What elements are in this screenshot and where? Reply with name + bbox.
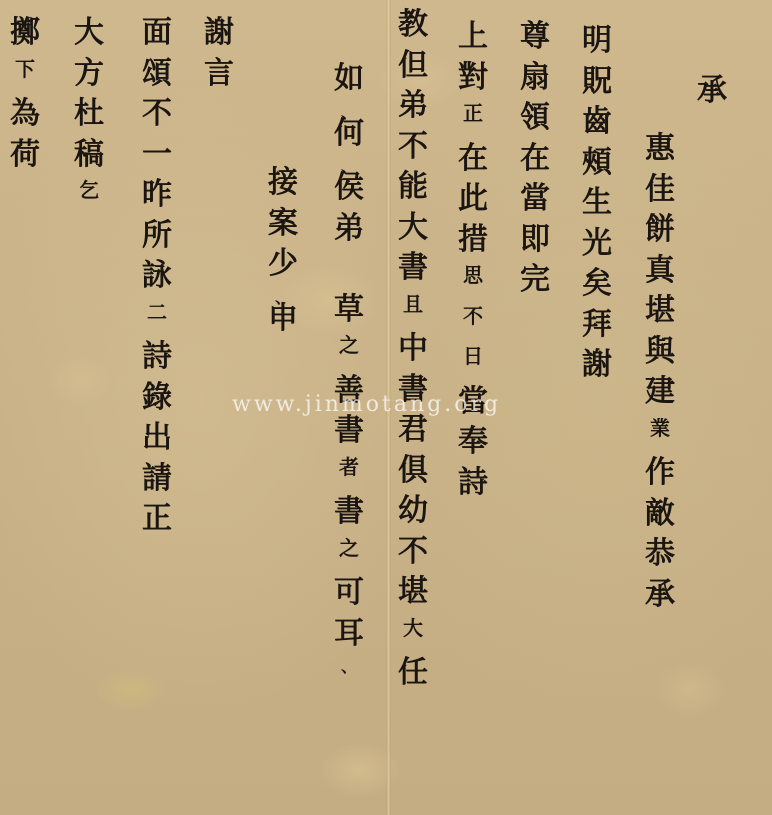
character: 何 — [334, 119, 364, 160]
column-4: 尊 扇 領 在 當 即 完 — [520, 22, 550, 306]
character: 擲 — [10, 18, 40, 59]
character: 光 — [582, 229, 612, 270]
character: 書 — [398, 253, 428, 294]
character: 不 — [398, 537, 428, 578]
character: 請 — [142, 464, 172, 505]
character: 書 — [334, 416, 364, 457]
watermark: www.jinmotang.org — [232, 392, 501, 417]
character: 惠 — [645, 134, 675, 175]
character: 措 — [458, 225, 488, 266]
character: 不 — [142, 99, 172, 140]
character: 思 — [463, 265, 483, 306]
character: 侯 — [334, 173, 364, 214]
character: 杜 — [74, 99, 104, 140]
character: 與 — [645, 337, 675, 378]
character: 能 — [398, 172, 428, 213]
character: 書 — [334, 497, 364, 538]
character: 弟 — [334, 214, 364, 255]
character: 大 — [403, 618, 423, 659]
character: 謝 — [582, 350, 612, 391]
column-9: 謝 言 — [204, 18, 234, 99]
character: 奉 — [458, 427, 488, 468]
character: 領 — [520, 103, 550, 144]
column-5: 上 對 正 在 此 措 思 不 日 當 奉 詩 — [458, 22, 488, 508]
column-1: 承 — [697, 76, 727, 117]
character: 齒 — [582, 107, 612, 148]
character: 謝 — [204, 18, 234, 59]
calligraphy-scroll: 承 惠 佳 餅 真 堪 與 建 業 作 敵 恭 承 明 貺 齒 頰 生 光 矣 … — [0, 0, 772, 815]
character: 恭 — [645, 539, 675, 580]
character: 對 — [458, 63, 488, 104]
character: 之 — [339, 538, 359, 579]
character: 出 — [142, 423, 172, 464]
character: 大 — [74, 18, 104, 59]
character: 案 — [268, 209, 298, 250]
character: 為 — [10, 99, 40, 140]
character: 即 — [520, 225, 550, 266]
character: 日 — [463, 346, 483, 387]
column-11: 大 方 杜 稿 乞 — [74, 18, 104, 221]
character: 少 — [268, 249, 298, 290]
character: 當 — [520, 184, 550, 225]
character: 正 — [463, 103, 483, 144]
punctuation: 、 — [341, 659, 357, 673]
column-2: 惠 佳 餅 真 堪 與 建 業 作 敵 恭 承 — [645, 134, 675, 620]
column-7: 如 、 何 、 侯 弟 草 之 善 書 者 書 之 可 耳 、 — [334, 64, 364, 673]
character: 明 — [582, 26, 612, 67]
character: 詩 — [458, 468, 488, 509]
character: 上 — [458, 22, 488, 63]
character: 教 — [398, 10, 428, 51]
character: 大 — [398, 213, 428, 254]
character: 堪 — [645, 296, 675, 337]
column-3: 明 貺 齒 頰 生 光 矣 拜 謝 — [582, 26, 612, 391]
character: 餅 — [645, 215, 675, 256]
character: 拜 — [582, 310, 612, 351]
character: 二 — [147, 302, 167, 343]
character: 堪 — [398, 577, 428, 618]
character: 之 — [339, 335, 359, 376]
character: 業 — [650, 418, 670, 459]
character: 正 — [142, 504, 172, 545]
character: 在 — [520, 144, 550, 185]
character: 承 — [645, 580, 675, 621]
character: 貺 — [582, 67, 612, 108]
character: 方 — [74, 59, 104, 100]
character: 稿 — [74, 140, 104, 181]
character: 可 — [334, 578, 364, 619]
character: 完 — [520, 265, 550, 306]
character: 俱 — [398, 456, 428, 497]
character: 錄 — [142, 383, 172, 424]
character: 幼 — [398, 496, 428, 537]
character: 敵 — [645, 499, 675, 540]
character: 昨 — [142, 180, 172, 221]
character: 佳 — [645, 175, 675, 216]
character: 矣 — [582, 269, 612, 310]
character: 任 — [398, 658, 428, 699]
character: 頰 — [582, 148, 612, 189]
character: 草 — [334, 295, 364, 336]
character: 一 — [142, 140, 172, 181]
character: 弟 — [398, 91, 428, 132]
character: 耳 — [334, 619, 364, 660]
character: 扇 — [520, 63, 550, 104]
column-12: 擲 下 為 荷 — [10, 18, 40, 180]
character: 中 — [398, 334, 428, 375]
character: 君 — [398, 415, 428, 456]
character: 所 — [142, 221, 172, 262]
character: 頌 — [142, 59, 172, 100]
character: 申 — [268, 304, 298, 345]
character: 下 — [15, 59, 35, 100]
character: 者 — [339, 457, 359, 498]
character: 言 — [204, 59, 234, 100]
character: 建 — [645, 377, 675, 418]
character: 荷 — [10, 140, 40, 181]
character: 不 — [463, 306, 483, 347]
character: 在 — [458, 144, 488, 185]
character: 不 — [398, 132, 428, 173]
character: 真 — [645, 256, 675, 297]
column-8: 接 案 少 、 申 — [268, 168, 298, 344]
character: 詠 — [142, 261, 172, 302]
column-10: 面 頌 不 一 昨 所 詠 二 詩 錄 出 請 正 — [142, 18, 172, 545]
character: 此 — [458, 184, 488, 225]
column-6: 教 但 弟 不 能 大 書 且 中 書 君 俱 幼 不 堪 大 任 — [398, 10, 428, 699]
character: 作 — [645, 458, 675, 499]
character: 詩 — [142, 342, 172, 383]
character: 但 — [398, 51, 428, 92]
character: 如 — [334, 64, 364, 105]
character: 生 — [582, 188, 612, 229]
character: 承 — [697, 76, 727, 117]
character: 尊 — [520, 22, 550, 63]
character: 接 — [268, 168, 298, 209]
character: 乞 — [79, 180, 99, 221]
character: 且 — [403, 294, 423, 335]
character: 面 — [142, 18, 172, 59]
